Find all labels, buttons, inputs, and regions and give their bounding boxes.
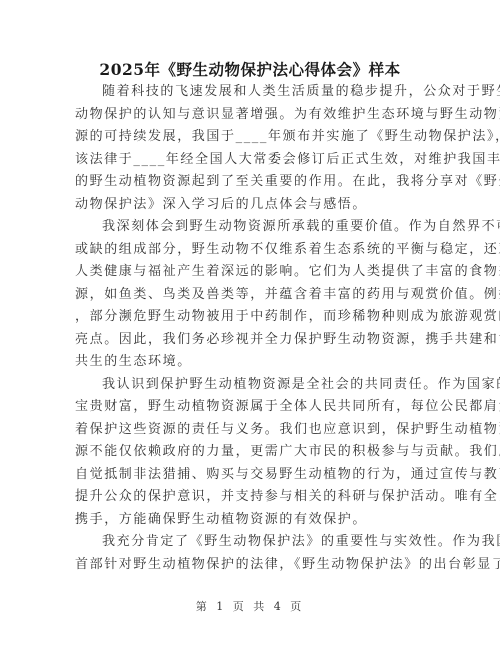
text-line: 源的可持续发展，我国于____年颁布并实施了《野生动物保护法》，: [75, 126, 417, 149]
text-line: 动物保护法》深入学习后的几点体会与感悟。: [75, 194, 417, 217]
text-line: 源，如鱼类、鸟类及兽类等，并蕴含着丰富的药用与观赏价值。例如: [75, 284, 417, 307]
text-line: 人类健康与福祉产生着深远的影响。它们为人类提供了丰富的食物来: [75, 261, 417, 284]
text-line: 随着科技的飞速发展和人类生活质量的稳步提升，公众对于野生: [75, 81, 417, 104]
text-line: 自觉抵制非法猎捕、购买与交易野生动植物的行为，通过宣传与教育: [75, 464, 417, 487]
document-page: 2025年《野生动物保护法心得体会》样本 随着科技的飞速发展和人类生活质量的稳步…: [0, 0, 500, 647]
text-line: 的野生动植物资源起到了至关重要的作用。在此，我将分享对《野生: [75, 171, 417, 194]
text-line: 源不能仅依赖政府的力量，更需广大市民的积极参与与贡献。我们应: [75, 441, 417, 464]
text-line: ，部分濒危野生动物被用于中药制作，而珍稀物种则成为旅游观赏的: [75, 306, 417, 329]
text-line: 提升公众的保护意识，并支持参与相关的科研与保护活动。唯有全民: [75, 486, 417, 509]
text-line: 着保护这些资源的责任与义务。我们也应意识到，保护野生动植物资: [75, 419, 417, 442]
text-line: 我深刻体会到野生动物资源所承载的重要价值。作为自然界不可: [75, 216, 417, 239]
page-number-footer: 第 1 页 共 4 页: [0, 598, 500, 614]
document-title: 2025年《野生动物保护法心得体会》样本: [0, 58, 500, 80]
document-body: 随着科技的飞速发展和人类生活质量的稳步提升，公众对于野生 动物保护的认知与意识显…: [75, 81, 417, 576]
text-line: 动物保护的认知与意识显著增强。为有效维护生态环境与野生动物资: [75, 104, 417, 127]
text-line: 亮点。因此，我们务必珍视并全力保护野生动物资源，携手共建和谐: [75, 329, 417, 352]
text-line: 共生的生态环境。: [75, 351, 417, 374]
text-line: 该法律于____年经全国人大常委会修订后正式生效，对维护我国丰富: [75, 149, 417, 172]
text-line: 我认识到保护野生动植物资源是全社会的共同责任。作为国家的: [75, 374, 417, 397]
text-line: 首部针对野生动植物保护的法律，《野生动物保护法》的出台彰显了: [75, 554, 417, 577]
text-line: 我充分肯定了《野生动物保护法》的重要性与实效性。作为我国: [75, 531, 417, 554]
text-line: 或缺的组成部分，野生动物不仅维系着生态系统的平衡与稳定，还对: [75, 239, 417, 262]
text-line: 宝贵财富，野生动植物资源属于全体人民共同所有，每位公民都肩负: [75, 396, 417, 419]
text-line: 携手，方能确保野生动植物资源的有效保护。: [75, 509, 417, 532]
